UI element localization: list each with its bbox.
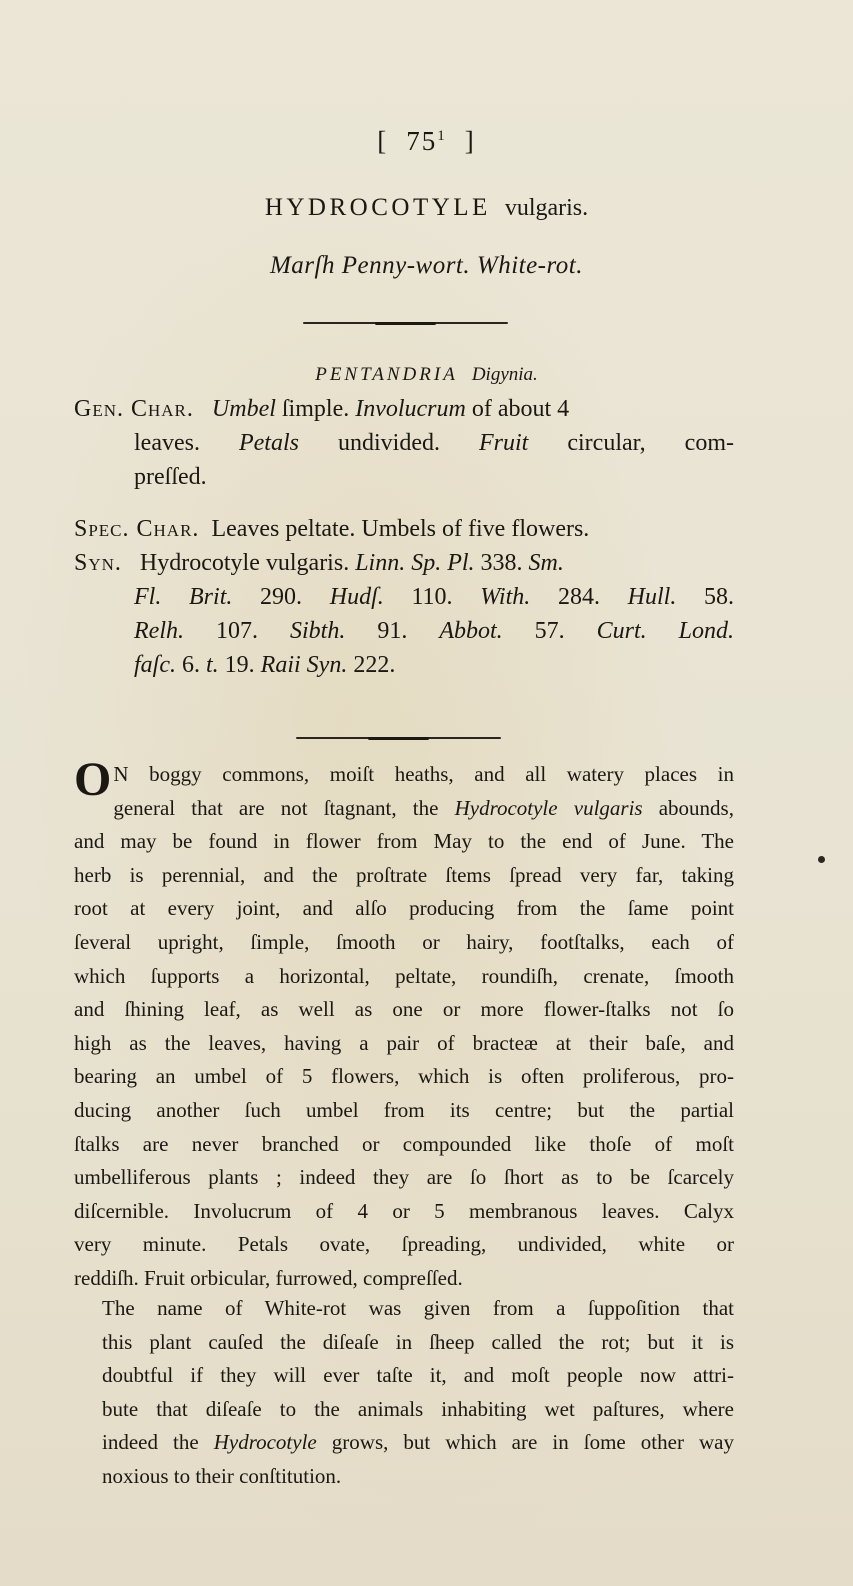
text-run: ducing another ſuch umbel from its centr… xyxy=(74,1098,734,1122)
text-line: noxious to their conſtitution. xyxy=(74,1460,734,1494)
text-line: Relh. 107. Sibth. 91. Abbot. 57. Curt. L… xyxy=(74,614,734,648)
text-run: 57. xyxy=(503,618,597,644)
text-run: this plant cauſed the diſeaſe in ſheep c… xyxy=(102,1330,734,1354)
page-number: [751] xyxy=(0,126,853,157)
text-line: and ſhining leaf, as well as one or more… xyxy=(74,993,734,1027)
text-run: leaves. xyxy=(134,430,239,456)
generic-character-label: Gen. Char. xyxy=(74,396,194,422)
bracket-open: [ xyxy=(377,126,388,157)
text-run: diſcernible. Involucrum of 4 or 5 membra… xyxy=(74,1199,734,1223)
text-line: diſcernible. Involucrum of 4 or 5 membra… xyxy=(74,1195,734,1229)
text-line: The name of White-rot was given from a ſ… xyxy=(74,1292,734,1326)
text-line: ſtalks are never branched or compounded … xyxy=(74,1128,734,1162)
text-run: very minute. Petals ovate, ſpreading, un… xyxy=(74,1232,734,1256)
text-run: ſimple. xyxy=(276,396,355,422)
italic-run: faſc. xyxy=(134,652,176,678)
text-run: doubtful if they will ever taſte it, and… xyxy=(102,1363,734,1387)
italic-run: Umbel xyxy=(212,396,276,422)
divider-rule-middle xyxy=(296,737,501,739)
order-name: Digynia. xyxy=(472,364,538,385)
italic-run: Involucrum xyxy=(355,396,466,422)
text-run: circular, com- xyxy=(528,430,734,456)
text-run: 110. xyxy=(384,584,481,610)
text-run: preſſed. xyxy=(134,464,207,490)
page-number-superscript: 1 xyxy=(437,128,447,144)
text-run: root at every joint, and alſo producing … xyxy=(74,896,734,920)
text-line: reddiſh. Fruit orbicular, furrowed, comp… xyxy=(74,1262,734,1296)
specific-character: Spec. Char. Leaves peltate. Umbels of fi… xyxy=(74,512,734,546)
text-run: Hydrocotyle vulgaris. xyxy=(140,550,355,576)
text-line: root at every joint, and alſo producing … xyxy=(74,892,734,926)
ink-spot-mark xyxy=(818,856,825,863)
text-run: The name of White-rot was given from a ſ… xyxy=(102,1296,734,1320)
italic-run: Sibth. xyxy=(290,618,345,644)
italic-run: Relh. xyxy=(134,618,184,644)
text-line: general that are not ſtagnant, the Hydro… xyxy=(74,792,734,826)
text-line: and may be found in flower from May to t… xyxy=(74,825,734,859)
text-line: which ſupports a horizontal, peltate, ro… xyxy=(74,960,734,994)
text-line: ſeveral upright, ſimple, ſmooth or hairy… xyxy=(74,926,734,960)
text-run: ſeveral upright, ſimple, ſmooth or hairy… xyxy=(74,930,734,954)
description-paragraph-1: O N boggy commons, moiſt heaths, and all… xyxy=(74,758,734,1296)
text-run: general that are not ſtagnant, the xyxy=(113,796,454,820)
text-line: umbelliferous plants ; indeed they are ſ… xyxy=(74,1161,734,1195)
text-line: leaves. Petals undivided. Fruit circular… xyxy=(74,426,734,460)
drop-cap: O xyxy=(74,760,111,800)
italic-run: Curt. Lond. xyxy=(597,618,734,644)
text-line: Fl. Brit. 290. Hudſ. 110. With. 284. Hul… xyxy=(74,580,734,614)
italic-run: Sm. xyxy=(529,550,564,576)
italic-run: Fl. Brit. xyxy=(134,584,232,610)
paragraph-2-text: The name of White-rot was given from a ſ… xyxy=(74,1292,734,1494)
italic-run: Petals xyxy=(239,430,299,456)
text-line: ducing another ſuch umbel from its centr… xyxy=(74,1094,734,1128)
specific-character-label: Spec. Char. xyxy=(74,516,199,542)
text-run: umbelliferous plants ; indeed they are ſ… xyxy=(74,1165,734,1189)
text-run: reddiſh. Fruit orbicular, furrowed, comp… xyxy=(74,1266,463,1290)
generic-character: Gen. Char. Umbel ſimple. Involucrum of a… xyxy=(74,392,734,494)
text-line: faſc. 6. t. 19. Raii Syn. 222. xyxy=(74,648,734,682)
text-run: 222. xyxy=(347,652,395,678)
class-name: PENTANDRIA xyxy=(315,364,458,385)
text-line: very minute. Petals ovate, ſpreading, un… xyxy=(74,1228,734,1262)
synonyms-label: Syn. xyxy=(74,550,122,576)
italic-run: Fruit xyxy=(479,430,528,456)
text-run: high as the leaves, having a pair of bra… xyxy=(74,1031,734,1055)
italic-run: Raii Syn. xyxy=(261,652,348,678)
bracket-close: ] xyxy=(465,126,476,157)
text-run: bearing an umbel of 5 flowers, which is … xyxy=(74,1064,734,1088)
common-names: Marſh Penny-wort. White-rot. xyxy=(0,252,853,280)
italic-run: Hull. xyxy=(628,584,677,610)
description-paragraph-2: The name of White-rot was given from a ſ… xyxy=(74,1292,734,1494)
text-line: preſſed. xyxy=(74,460,734,494)
text-line: Umbel ſimple. Involucrum of about 4 xyxy=(212,396,569,422)
text-run: 19. xyxy=(219,652,261,678)
text-line: high as the leaves, having a pair of bra… xyxy=(74,1027,734,1061)
species-title: HYDROCOTYLEvulgaris. xyxy=(0,194,853,222)
text-line: doubtful if they will ever taſte it, and… xyxy=(74,1359,734,1393)
text-run: N boggy commons, moiſt heaths, and all w… xyxy=(113,762,734,786)
italic-run: Hydrocotyle xyxy=(214,1430,317,1454)
text-line: indeed the Hydrocotyle grows, but which … xyxy=(74,1426,734,1460)
text-run: of about 4 xyxy=(466,396,569,422)
text-run: and may be found in flower from May to t… xyxy=(74,829,734,853)
text-run: 284. xyxy=(530,584,627,610)
text-line: N boggy commons, moiſt heaths, and all w… xyxy=(74,758,734,792)
italic-run: Abbot. xyxy=(439,618,502,644)
species-name: vulgaris. xyxy=(505,195,588,221)
text-run: 58. xyxy=(676,584,734,610)
divider-rule-top xyxy=(303,322,508,324)
synonyms-text: Hydrocotyle vulgaris. Linn. Sp. Pl. 338.… xyxy=(74,550,734,682)
italic-run: Hudſ. xyxy=(330,584,384,610)
italic-run: t. xyxy=(206,652,219,678)
text-run: bute that diſeaſe to the animals inhabit… xyxy=(102,1397,734,1421)
text-run: undivided. xyxy=(299,430,479,456)
italic-run: Linn. Sp. Pl. xyxy=(355,550,474,576)
italic-run: Hydrocotyle vulgaris xyxy=(455,796,643,820)
book-page: [751] HYDROCOTYLEvulgaris. Marſh Penny-w… xyxy=(0,0,853,1586)
genus-name: HYDROCOTYLE xyxy=(265,194,491,221)
text-run: indeed the xyxy=(102,1430,214,1454)
text-run: 290. xyxy=(232,584,329,610)
linnaean-classification: PENTANDRIADigynia. xyxy=(0,364,853,386)
specific-character-text: Leaves peltate. Umbels of five flowers. xyxy=(211,516,589,542)
paragraph-1-text: N boggy commons, moiſt heaths, and all w… xyxy=(74,758,734,1296)
text-line: Hydrocotyle vulgaris. Linn. Sp. Pl. 338.… xyxy=(140,550,564,576)
text-run: 107. xyxy=(184,618,290,644)
text-line: bearing an umbel of 5 flowers, which is … xyxy=(74,1060,734,1094)
italic-run: With. xyxy=(480,584,530,610)
text-run: 6. xyxy=(176,652,206,678)
text-run: 338. xyxy=(475,550,529,576)
text-line: this plant cauſed the diſeaſe in ſheep c… xyxy=(74,1326,734,1360)
text-run: grows, but which are in ſome other way xyxy=(317,1430,734,1454)
text-run: ſtalks are never branched or compounded … xyxy=(74,1132,734,1156)
synonyms: Syn. Hydrocotyle vulgaris. Linn. Sp. Pl.… xyxy=(74,546,734,682)
text-run: herb is perennial, and the proſtrate ſte… xyxy=(74,863,734,887)
text-line: herb is perennial, and the proſtrate ſte… xyxy=(74,859,734,893)
text-run: and ſhining leaf, as well as one or more… xyxy=(74,997,734,1021)
text-run: which ſupports a horizontal, peltate, ro… xyxy=(74,964,734,988)
text-line: bute that diſeaſe to the animals inhabit… xyxy=(74,1393,734,1427)
text-run: noxious to their conſtitution. xyxy=(102,1464,341,1488)
text-run: abounds, xyxy=(643,796,734,820)
page-number-value: 75 xyxy=(406,126,437,156)
text-run: 91. xyxy=(345,618,439,644)
